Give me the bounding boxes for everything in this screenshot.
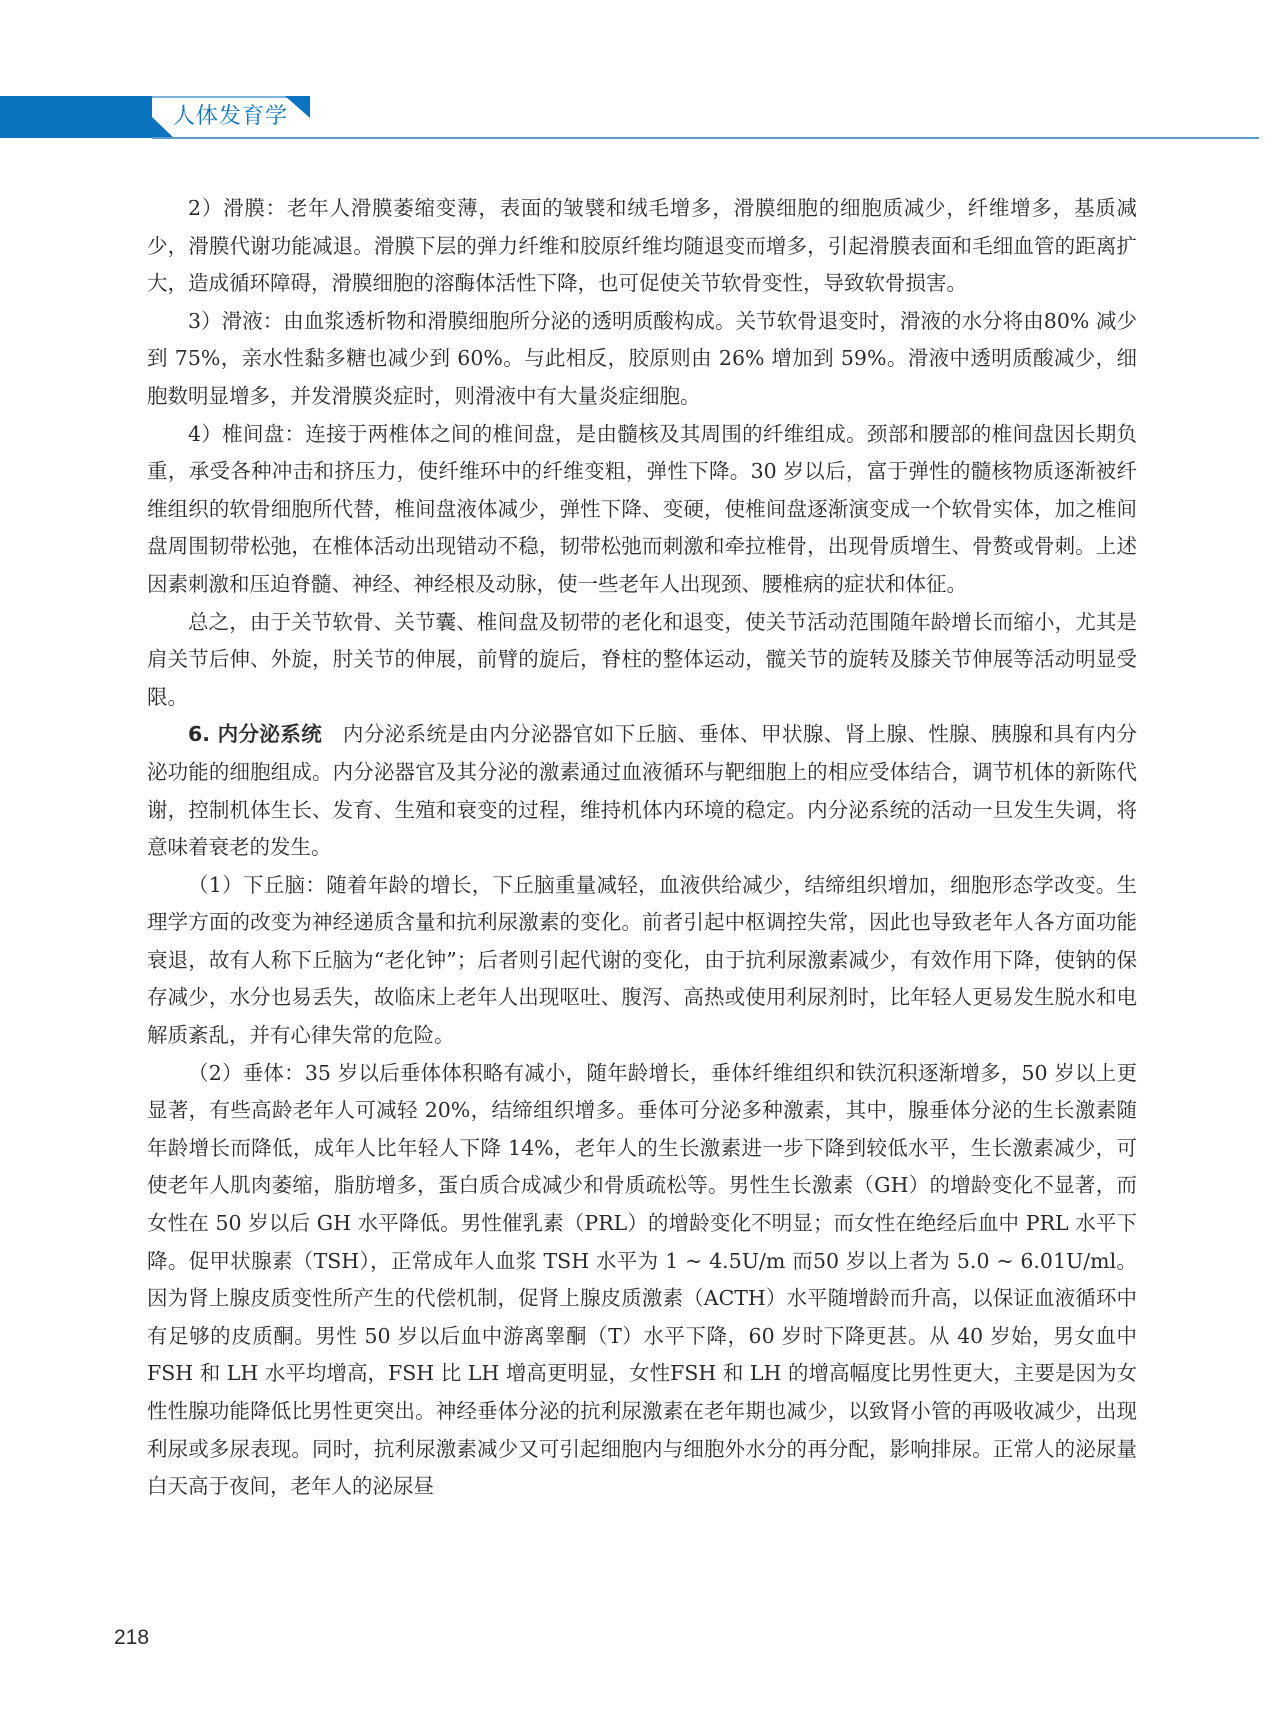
header-corner-triangle-right — [285, 96, 310, 118]
paragraph-summary: 总之，由于关节软骨、关节囊、椎间盘及韧带的老化和退变，使关节活动范围随年龄增长而… — [147, 604, 1137, 717]
section-heading: 6. 内分泌系统 — [188, 722, 322, 746]
header-color-block — [0, 96, 152, 138]
paragraph-pituitary: （2）垂体：35 岁以后垂体体积略有减小，随年龄增长，垂体纤维组织和铁沉积逐渐增… — [147, 1055, 1137, 1506]
header-corner-triangle-left — [152, 117, 174, 138]
header-rule — [152, 137, 1259, 139]
page-body: 2）滑膜：老年人滑膜萎缩变薄，表面的皱襞和绒毛增多，滑膜细胞的细胞质减少，纤维增… — [147, 190, 1137, 1506]
paragraph-synovium: 2）滑膜：老年人滑膜萎缩变薄，表面的皱襞和绒毛增多，滑膜细胞的细胞质减少，纤维增… — [147, 190, 1137, 303]
paragraph-intervertebral-disc: 4）椎间盘：连接于两椎体之间的椎间盘，是由髓核及其周围的纤维组成。颈部和腰部的椎… — [147, 416, 1137, 604]
paragraph-hypothalamus: （1）下丘脑：随着年龄的增长，下丘脑重量减轻，血液供给减少，结缔组织增加，细胞形… — [147, 867, 1137, 1055]
running-header: 人体发育学 — [0, 0, 1275, 150]
paragraph-endocrine-system: 6. 内分泌系统 内分泌系统是由内分泌器官如下丘脑、垂体、甲状腺、肾上腺、性腺、… — [147, 716, 1137, 866]
paragraph-synovial-fluid: 3）滑液：由血浆透析物和滑膜细胞所分泌的透明质酸构成。关节软骨退变时，滑液的水分… — [147, 303, 1137, 416]
page-number: 218 — [114, 1626, 149, 1650]
book-title: 人体发育学 — [173, 101, 288, 133]
